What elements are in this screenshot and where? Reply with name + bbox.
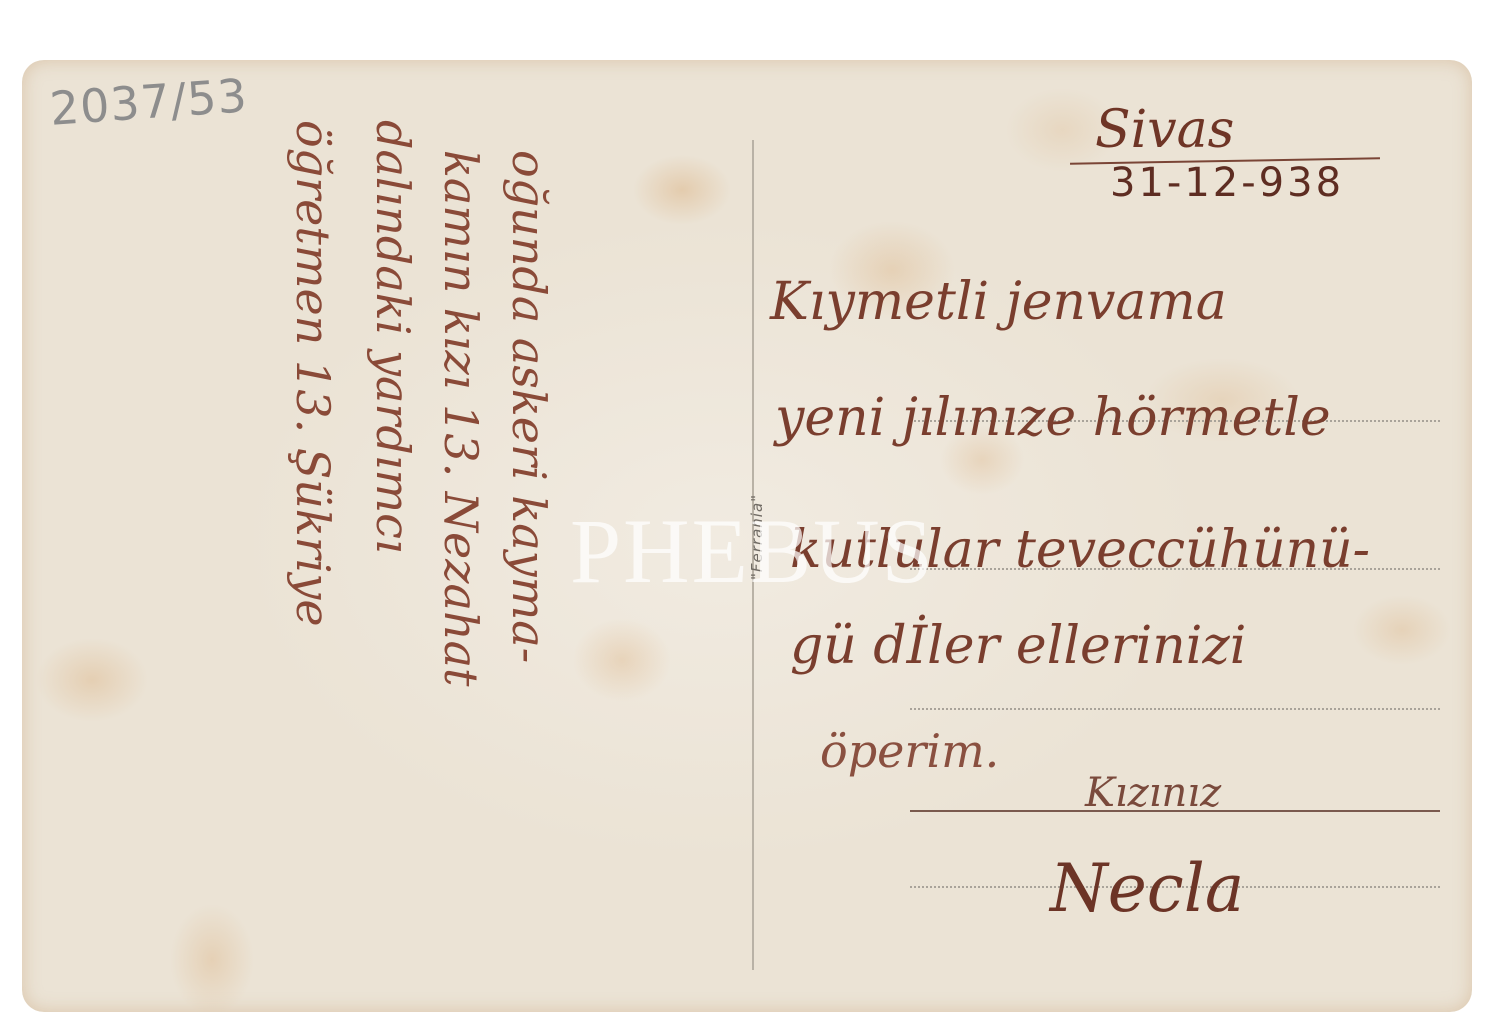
message-line-4: gü dİler ellerinizi	[790, 616, 1246, 676]
message-column-3: dalındaki yardımcı	[366, 120, 420, 554]
closing: Kızınız	[1085, 770, 1221, 816]
date: 31-12-938	[1110, 160, 1344, 206]
address-line-3	[910, 708, 1440, 710]
watermark: PHEBUS	[570, 498, 935, 604]
message-column-2: kamın kızı 13. Nezahat	[434, 150, 488, 686]
place-name: Sivas	[1095, 100, 1234, 160]
signature: Necla	[1050, 850, 1244, 927]
message-column-4: öğretmen 13. Şükriye	[286, 120, 340, 627]
message-column-1: oğunda askeri kayma-	[502, 150, 556, 663]
message-line-2: yeni jılınıze hörmetle	[775, 388, 1331, 448]
message-line-1: Kıymetli jenvama	[770, 272, 1227, 332]
message-line-5: öperim.	[820, 724, 999, 778]
